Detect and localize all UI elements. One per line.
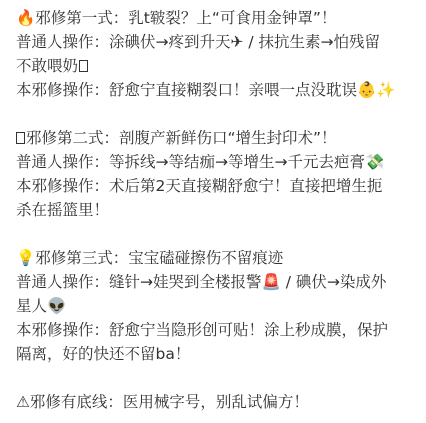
section3-evil-operation-cont: 隔离，好的快还不留ba！ xyxy=(16,342,410,366)
section2-title-text: 邪修第二式：剖腹产新鲜伤口“增生封印术”！ xyxy=(26,129,337,147)
section1-evil-operation: 本邪修操作：舒愈宁直接糊裂口！亲喂一点没耽误👶✨ xyxy=(16,78,410,102)
section3-normal-operation: 普通人操作：缝针→娃哭到全楼报警🚨 / 碘伏→染成外 xyxy=(16,270,410,294)
section2-normal-operation: 普通人操作：等拆线→等结痂→等增生→千元去疤膏💸 xyxy=(16,150,410,174)
section1-normal-operation: 普通人操作：涂碘伏→疼到升天✈ / 抹抗生素→怕残留 xyxy=(16,30,410,54)
section1-title: 🔥邪修第一式：乳t皲裂？上“可食用金钟罩”！ xyxy=(16,6,410,30)
section2-title: 邪修第二式：剖腹产新鲜伤口“增生封印术”！ xyxy=(16,126,410,150)
section3-evil-operation: 本邪修操作：舒愈宁当隐形创可贴！涂上秒成膜，保护 xyxy=(16,318,410,342)
spacer xyxy=(16,222,410,246)
section2-evil-operation-cont: 杀在摇篮里！ xyxy=(16,198,410,222)
post-body: 🔥邪修第一式：乳t皲裂？上“可食用金钟罩”！ 普通人操作：涂碘伏→疼到升天✈ /… xyxy=(0,0,426,414)
footer-warning: ⚠邪修有底线：医用械字号，别乱试偏方！ xyxy=(16,390,410,414)
unknown-glyph-icon xyxy=(16,132,25,144)
spacer xyxy=(16,102,410,126)
section1-normal-operation-cont: 不敢喂奶 xyxy=(16,54,410,78)
unknown-glyph-icon xyxy=(79,60,88,72)
spacer xyxy=(16,366,410,390)
section3-normal-operation-cont: 星人👽 xyxy=(16,294,410,318)
section1-normal-cont-text: 不敢喂奶 xyxy=(16,57,78,75)
section3-title: 💡邪修第三式：宝宝磕碰擦伤不留痕迹 xyxy=(16,246,410,270)
section2-evil-operation: 本邪修操作：术后第2天直接糊舒愈宁！直接把增生扼 xyxy=(16,174,410,198)
